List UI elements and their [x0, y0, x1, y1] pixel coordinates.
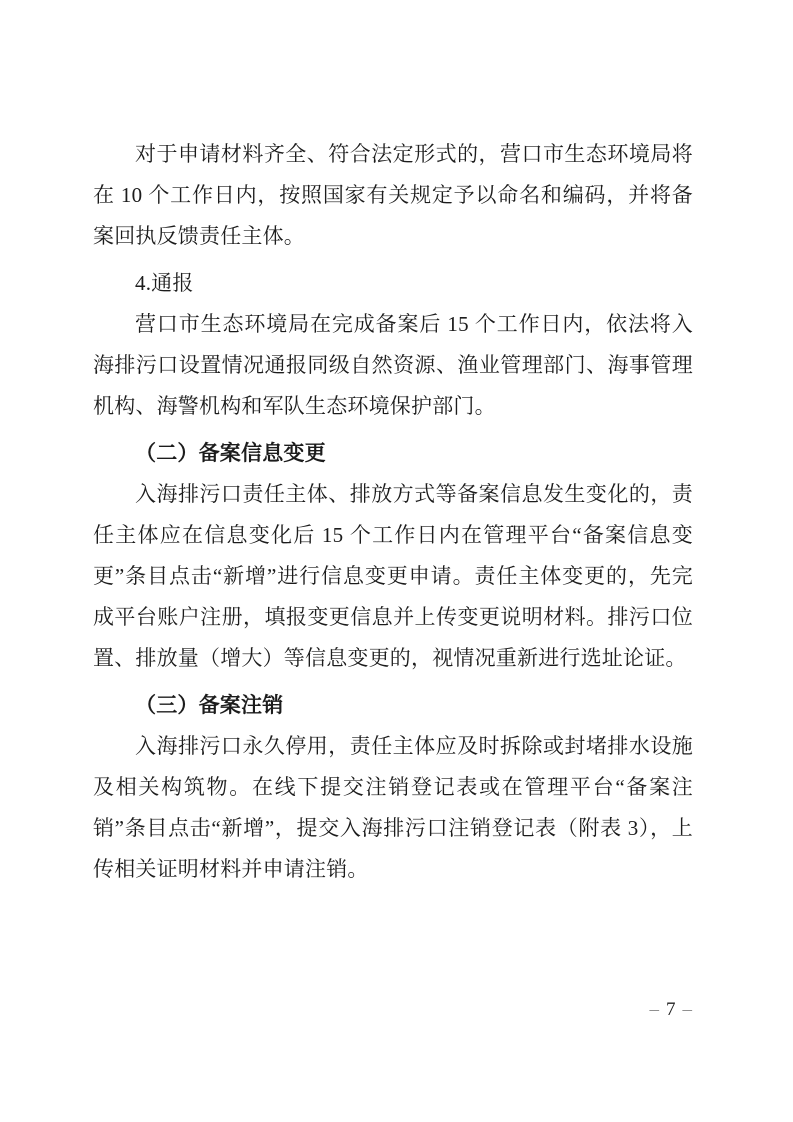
page-number: 7: [660, 999, 683, 1020]
document-page: 对于申请材料齐全、符合法定形式的，营口市生态环境局将在 10 个工作日内，按照国…: [0, 0, 793, 1122]
page-number-dash-left: –: [650, 999, 661, 1020]
document-body: 对于申请材料齐全、符合法定形式的，营口市生态环境局将在 10 个工作日内，按照国…: [93, 134, 693, 890]
page-footer: –7–: [650, 996, 694, 1024]
page-number-dash-right: –: [683, 999, 694, 1020]
paragraph-notification-departments: 营口市生态环境局在完成备案后 15 个工作日内，依法将入海排污口设置情况通报同级…: [93, 304, 693, 427]
heading-4-notification: 4.通报: [93, 263, 693, 304]
paragraph-naming-and-coding: 对于申请材料齐全、符合法定形式的，营口市生态环境局将在 10 个工作日内，按照国…: [93, 134, 693, 257]
paragraph-record-cancellation: 入海排污口永久停用，责任主体应及时拆除或封堵排水设施及相关构筑物。在线下提交注销…: [93, 726, 693, 890]
heading-section-3-record-cancellation: （三）备案注销: [93, 685, 693, 726]
paragraph-record-info-change: 入海排污口责任主体、排放方式等备案信息发生变化的，责任主体应在信息变化后 15 …: [93, 474, 693, 679]
heading-section-2-record-info-change: （二）备案信息变更: [93, 433, 693, 474]
